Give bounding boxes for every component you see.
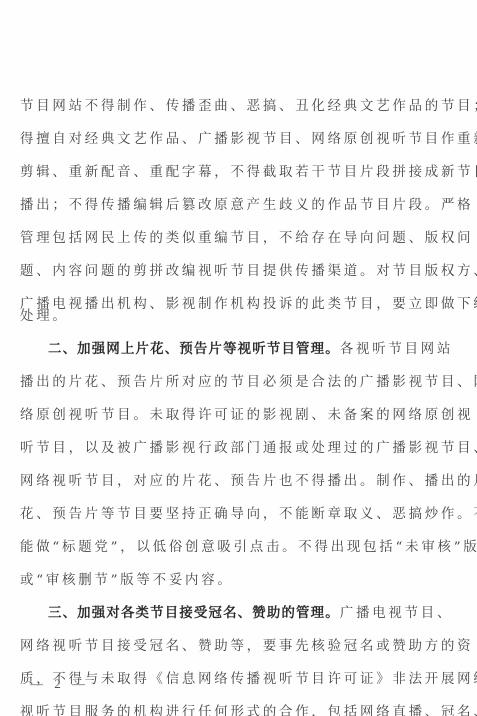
text-line: 剪辑、重新配音、重配字幕，不得截取若干节目片段拼接成新节目 (20, 163, 412, 183)
text-line: 或“审核删节”版等不妥内容。 (20, 571, 412, 591)
section2-first-line-rest: 各视听节目网站 (340, 342, 453, 357)
text-line: 络原创视听节目。未取得许可证的影视剧、未备案的网络原创视 (20, 406, 412, 426)
text-line: 网络视听节目，对应的片花、预告片也不得播出。制作、播出的片 (20, 472, 412, 492)
text-line: 节目网站不得制作、传播歪曲、恶搞、丑化经典文艺作品的节目；不 (20, 97, 412, 117)
page-number: — 2 — (30, 676, 89, 692)
text-line: 播出；不得传播编辑后篡改原意产生歧义的作品节目片段。严格 (20, 196, 412, 216)
section2-heading: 二、加强网上片花、预告片等视听节目管理。 (48, 342, 340, 357)
text-line: 能做“标题党”，以低俗创意吸引点击。不得出现包括“未审核”版 (20, 538, 412, 558)
text-line: 视听节目服务的机构进行任何形式的合作，包括网络直播、冠名、 (20, 703, 412, 716)
text-line: 播出的片花、预告片所对应的节目必须是合法的广播影视节目、网 (20, 373, 412, 393)
document-page: 节目网站不得制作、传播歪曲、恶搞、丑化经典文艺作品的节目；不 得擅自对经典文艺作… (0, 0, 477, 716)
text-line: 听节目，以及被广播影视行政部门通报或处理过的广播影视节目、 (20, 439, 412, 459)
section3-first-line-rest: 广播电视节目、 (340, 606, 453, 621)
text-line: 网络视听节目接受冠名、赞助等，要事先核验冠名或赞助方的资 (20, 637, 412, 657)
section2-first-line: 二、加强网上片花、预告片等视听节目管理。各视听节目网站 (48, 340, 440, 360)
text-line: 管理包括网民上传的类似重编节目，不给存在导向问题、版权问 (20, 229, 412, 249)
text-line: 花、预告片等节目要坚持正确导向，不能断章取义、恶搞炒作。不 (20, 505, 412, 525)
text-line: 题、内容问题的剪拼改编视听节目提供传播渠道。对节目版权方、 (20, 262, 412, 282)
section3-first-line: 三、加强对各类节目接受冠名、赞助的管理。广播电视节目、 (48, 604, 440, 624)
text-line: 处理。 (20, 307, 412, 327)
section3-heading: 三、加强对各类节目接受冠名、赞助的管理。 (48, 606, 340, 621)
text-line: 得擅自对经典文艺作品、广播影视节目、网络原创视听节目作重新 (20, 130, 412, 150)
